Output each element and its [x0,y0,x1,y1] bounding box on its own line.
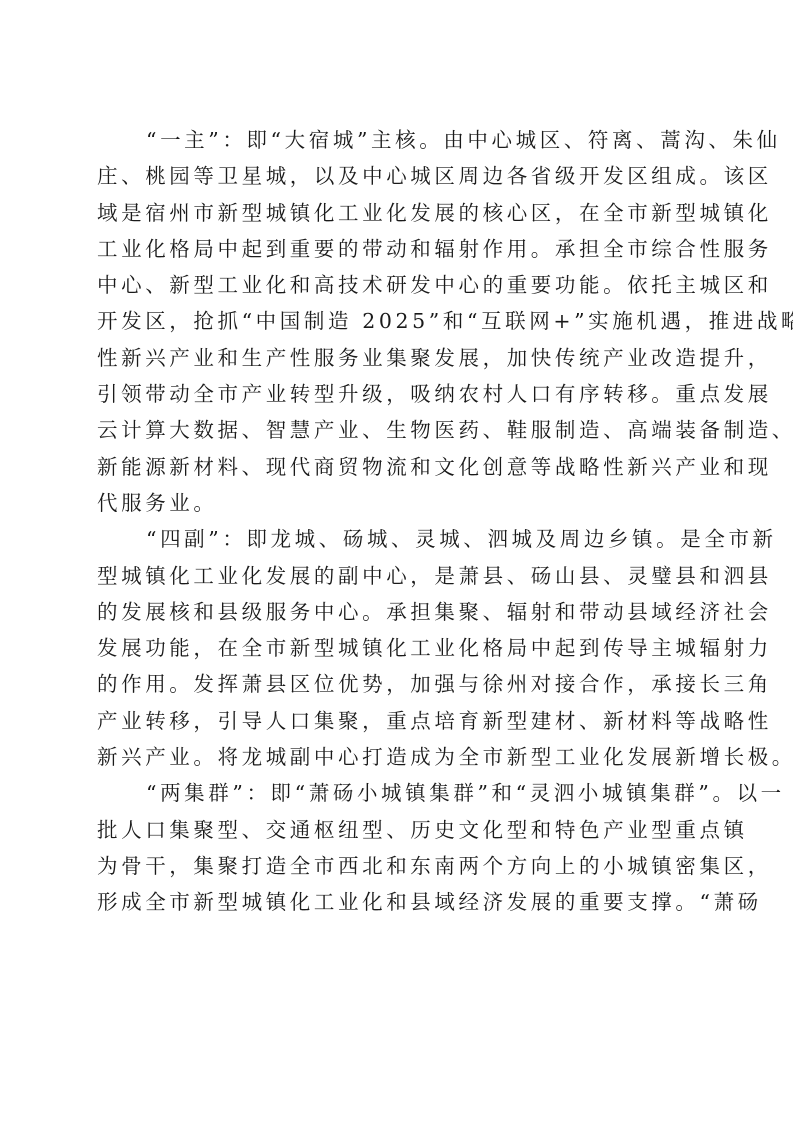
text-line: 代服务业。 [97,485,697,521]
text-line: 的作用。发挥萧县区位优势，加强与徐州对接合作，承接长三角 [97,666,697,702]
text-line: “一主”：即“大宿城”主核。由中心城区、符离、蒿沟、朱仙 [97,122,697,158]
body-text: “一主”：即“大宿城”主核。由中心城区、符离、蒿沟、朱仙 庄、桃园等卫星城，以及… [97,122,697,921]
text-line: 性新兴产业和生产性服务业集聚发展，加快传统产业改造提升， [97,340,697,376]
text-line: 庄、桃园等卫星城，以及中心城区周边各省级开发区组成。该区 [97,158,697,194]
text-line: 型城镇化工业化发展的副中心，是萧县、砀山县、灵璧县和泗县 [97,558,697,594]
text-line: 批人口集聚型、交通枢纽型、历史文化型和特色产业型重点镇 [97,812,697,848]
text-line: 工业化格局中起到重要的带动和辐射作用。承担全市综合性服务 [97,231,697,267]
text-line: 云计算大数据、智慧产业、生物医药、鞋服制造、高端装备制造、 [97,412,697,448]
text-line: 中心、新型工业化和高技术研发中心的重要功能。依托主城区和 [97,267,697,303]
text-line: 新兴产业。将龙城副中心打造成为全市新型工业化发展新增长极。 [97,739,697,775]
text-line: 新能源新材料、现代商贸物流和文化创意等战略性新兴产业和现 [97,449,697,485]
text-line: 域是宿州市新型城镇化工业化发展的核心区，在全市新型城镇化 [97,195,697,231]
text-line: “四副”：即龙城、砀城、灵城、泗城及周边乡镇。是全市新 [97,521,697,557]
document-page: “一主”：即“大宿城”主核。由中心城区、符离、蒿沟、朱仙 庄、桃园等卫星城，以及… [0,0,793,1122]
paragraph-sifu: “四副”：即龙城、砀城、灵城、泗城及周边乡镇。是全市新 型城镇化工业化发展的副中… [97,521,697,775]
text-line: “两集群”：即“萧砀小城镇集群”和“灵泗小城镇集群”。以一 [97,775,697,811]
paragraph-yizhu: “一主”：即“大宿城”主核。由中心城区、符离、蒿沟、朱仙 庄、桃园等卫星城，以及… [97,122,697,521]
text-line: 产业转移，引导人口集聚，重点培育新型建材、新材料等战略性 [97,703,697,739]
text-line: 引领带动全市产业转型升级，吸纳农村人口有序转移。重点发展 [97,376,697,412]
text-line: 为骨干，集聚打造全市西北和东南两个方向上的小城镇密集区， [97,848,697,884]
text-line: 的发展核和县级服务中心。承担集聚、辐射和带动县域经济社会 [97,594,697,630]
text-line: 发展功能，在全市新型城镇化工业化格局中起到传导主城辐射力 [97,630,697,666]
text-line: 开发区，抢抓“中国制造 2025”和“互联网+”实施机遇，推进战略 [97,303,697,339]
paragraph-liangjiqun: “两集群”：即“萧砀小城镇集群”和“灵泗小城镇集群”。以一 批人口集聚型、交通枢… [97,775,697,920]
text-line: 形成全市新型城镇化工业化和县域经济发展的重要支撑。“萧砀 [97,884,697,920]
